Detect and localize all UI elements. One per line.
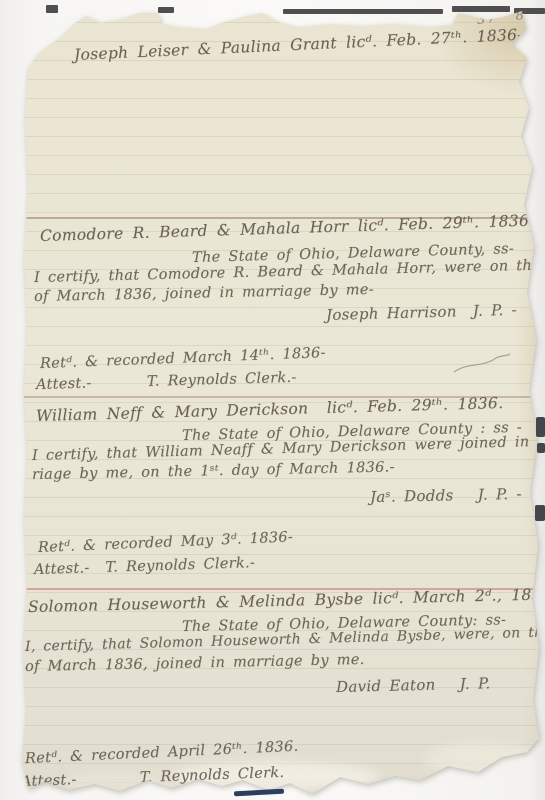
paper-sheet: 37 87 Joseph Leiser & Paulina Grant licᵈ… <box>0 0 545 800</box>
binding-clip-mark <box>536 417 545 437</box>
torn-paper-patch <box>425 742 540 776</box>
page-number: 37 87 <box>476 7 537 28</box>
binding-clip-mark <box>537 443 545 453</box>
marriage-entry-4-officiant-signature: David Eaton J. P. <box>336 674 491 696</box>
scan-background: 37 87 Joseph Leiser & Paulina Grant licᵈ… <box>0 0 545 800</box>
document-page: 37 87 Joseph Leiser & Paulina Grant licᵈ… <box>0 0 545 800</box>
binding-clip-mark <box>535 505 545 521</box>
pencil-squiggle-mark <box>452 352 512 378</box>
marriage-entry-3-officiant-signature: Jaˢ. Dodds J. P. - <box>370 485 522 506</box>
